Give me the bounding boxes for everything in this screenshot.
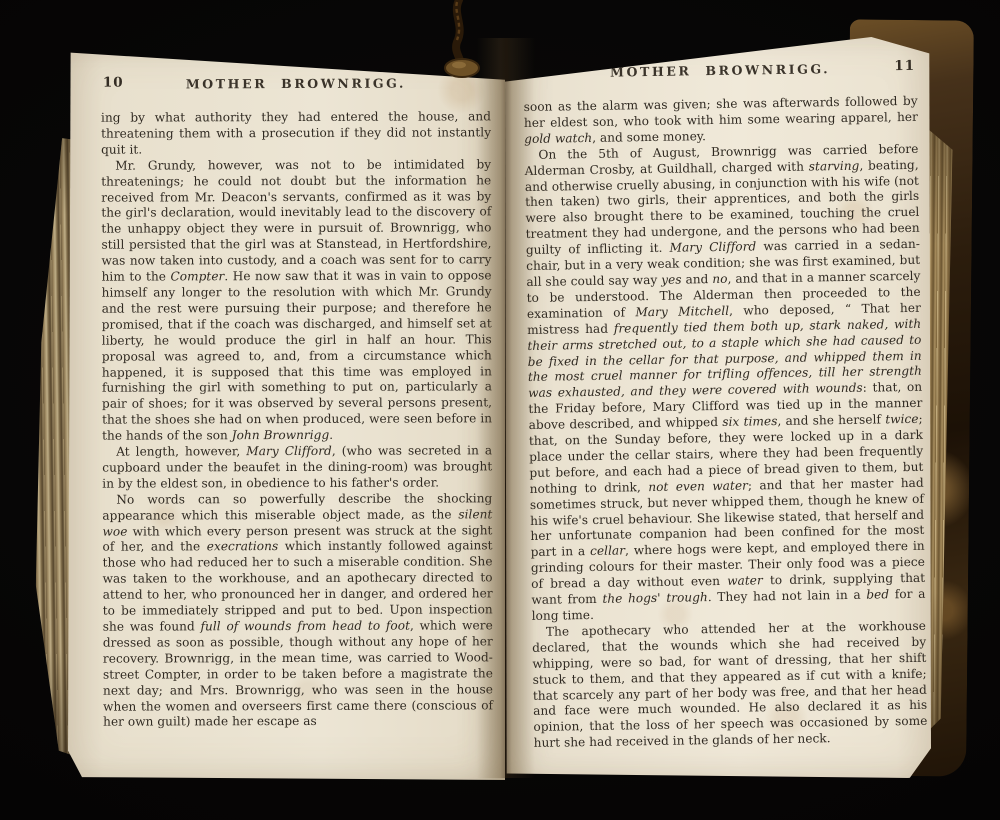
text-run: The apothecary who attended her at the w… [532,619,927,751]
right-running-title: MOTHER BROWNRIGG. [610,61,830,79]
paragraph: ing by what authority they had entered t… [101,109,491,158]
text-run: Mary Mitchell [635,304,729,319]
text-run: water [727,573,763,588]
paragraph: On the 5th of August, Brownrigg was carr… [524,142,925,625]
text-run: twice [885,412,918,427]
text-run: starving [809,158,860,173]
text-run: no [712,272,727,286]
binding-cord [428,0,502,84]
text-run: . He now saw that it was in vain to oppo… [102,268,492,442]
left-page: 10 MOTHER BROWNRIGG. ing by what authori… [68,46,505,780]
photo-backdrop: 10 MOTHER BROWNRIGG. ing by what authori… [0,0,1000,820]
paragraph: Mr. Grundy, however, was not to be intim… [101,157,492,445]
text-run: Mary Clifford [246,444,332,458]
paragraph: No words can so powerfully describe the … [102,491,493,731]
text-run: . They had not lain in a [708,588,867,604]
text-run: Mary Clifford [670,240,757,255]
right-page-header: MOTHER BROWNRIGG. 11 [523,56,917,90]
paragraph: At length, however, Mary Clifford, (who … [102,443,492,492]
text-run: No words can so powerfully describe the … [102,491,492,522]
left-running-title: MOTHER BROWNRIGG. [186,76,406,92]
text-run: Mr. Grundy, however, was not to be intim… [101,157,491,284]
text-run: soon as the alarm was given; she was aft… [524,94,918,130]
text-run: and [681,272,712,286]
left-page-number: 10 [103,75,124,91]
left-page-text: ing by what authority they had entered t… [101,109,493,731]
paragraph: The apothecary who attended her at the w… [532,619,928,752]
text-run: ing by what authority they had entered t… [101,109,491,156]
text-run: the hogs' trough [602,590,708,606]
text-run: At length, however, [116,444,246,458]
text-run: . [329,428,333,442]
text-run: Compter [170,269,224,283]
text-run: yes [661,273,682,287]
text-run: gold watch [524,131,592,146]
text-run: bed [866,587,889,601]
text-run: cellar [590,544,625,559]
paragraph: soon as the alarm was given; she was aft… [524,94,919,148]
text-run: , which were dressed as soon as possible… [103,618,493,729]
text-run: full of wounds from head to foot [200,619,410,634]
text-run: execrations [207,540,279,554]
text-run: not even water [648,478,748,494]
right-page-text: soon as the alarm was given; she was aft… [524,94,928,752]
text-run: six times [722,414,777,429]
right-page-number: 11 [894,58,915,74]
text-run: John Brownrigg [232,428,330,442]
text-run: , and some money. [592,129,706,145]
text-run: , and she herself [777,412,885,428]
right-page: MOTHER BROWNRIGG. 11 soon as the alarm w… [505,34,931,778]
